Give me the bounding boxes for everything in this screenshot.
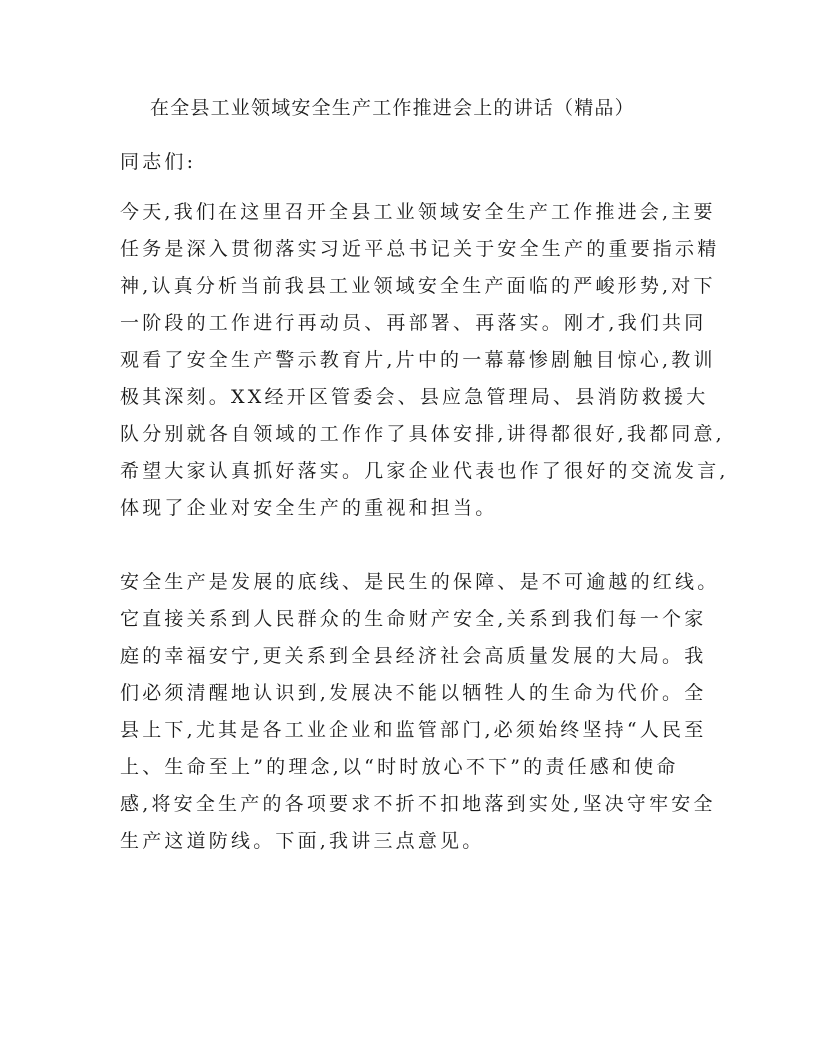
paragraph-line: 任务是深入贯彻落实习近平总书记关于安全生产的重要指示精: [120, 237, 719, 261]
paragraph-line: 感,将安全生产的各项要求不折不扣地落到实处,坚决守牢安全: [120, 792, 716, 816]
paragraph-line: 今天,我们在这里召开全县工业领域安全生产工作推进会,主要: [120, 200, 716, 224]
document-page: 在全县工业领域安全生产工作推进会上的讲话（精品） 同志们: 今天,我们在这里召开…: [0, 0, 816, 1056]
document-title: 在全县工业领域安全生产工作推进会上的讲话（精品）: [150, 92, 710, 124]
paragraph-line: 们必须清醒地认识到,发展决不能以牺牲人的生命为代价。全: [120, 681, 706, 705]
paragraph-line: 队分别就各自领域的工作作了具体安排,讲得都很好,我都同意,: [120, 422, 725, 446]
paragraph-line: 体现了企业对安全生产的重视和担当。: [120, 496, 497, 520]
paragraph-line: 安全生产是发展的底线、是民生的保障、是不可逾越的红线。: [120, 570, 719, 594]
paragraph-line: 神,认真分析当前我县工业领域安全生产面临的严峻形势,对下: [120, 274, 716, 298]
salutation: 同志们:: [120, 150, 196, 174]
paragraph-line: 县上下,尤其是各工业企业和监管部门,必须始终坚持“人民至: [120, 718, 706, 742]
paragraph-line: 观看了安全生产警示教育片,片中的一幕幕惨剧触目惊心,教训: [120, 348, 716, 372]
paragraph-line: 上、生命至上”的理念,以“时时放心不下”的责任感和使命: [120, 755, 679, 779]
paragraph-line: 生产这道防线。下面,我讲三点意见。: [120, 829, 484, 853]
paragraph-line: 极其深刻。XX经开区管委会、县应急管理局、县消防救援大: [120, 385, 708, 409]
paragraph-line: 它直接关系到人民群众的生命财产安全,关系到我们每一个家: [120, 607, 706, 631]
paragraph-line: 希望大家认真抓好落实。几家企业代表也作了很好的交流发言,: [120, 459, 729, 483]
paragraph-line: 一阶段的工作进行再动员、再部署、再落实。刚才,我们共同: [120, 311, 706, 335]
paragraph-line: 庭的幸福安宁,更关系到全县经济社会高质量发展的大局。我: [120, 644, 706, 668]
